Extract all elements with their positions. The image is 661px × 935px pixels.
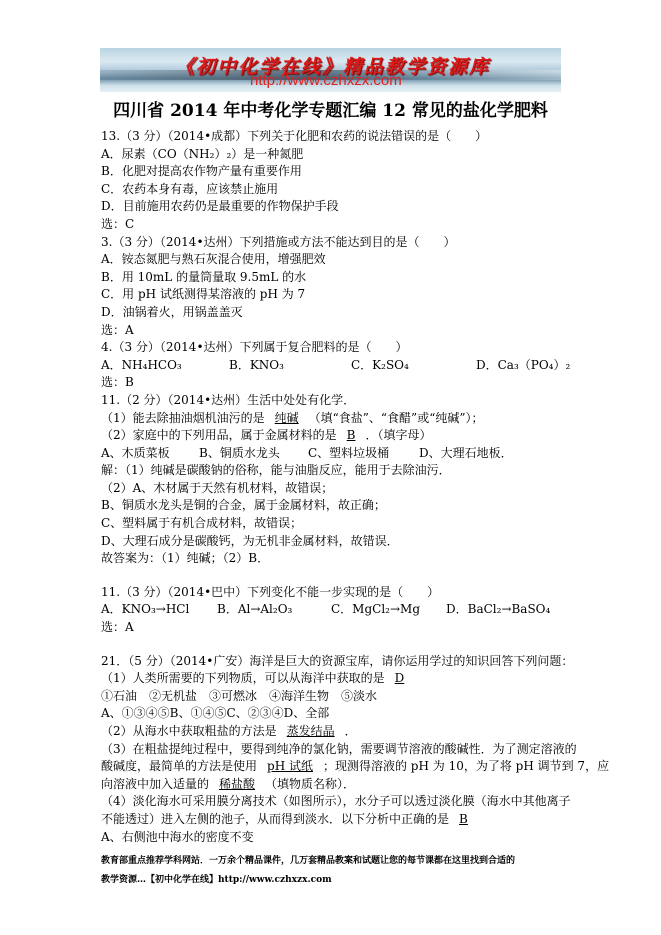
sub-question-2: （2）家庭中的下列用品，属于金属材料的是B．（填字母） xyxy=(101,427,571,445)
option-a: A、木质菜板 xyxy=(101,445,199,463)
answer: 选：B xyxy=(101,374,571,392)
question-stem: 13.（3 分）（2014•成都）下列关于化肥和农药的说法错误的是（ ） xyxy=(101,128,571,146)
site-banner[interactable]: 《初中化学在线》精品教学资源库 http://www.czhxzx.com xyxy=(100,48,561,92)
sub-question-2: （2）从海水中获取粗盐的方法是蒸发结晶． xyxy=(101,723,571,741)
option-b: B．KNO₃ xyxy=(229,357,351,375)
question-block: 3.（3 分）（2014•达州）下列措施或方法不能达到目的是（ ） A．铵态氮肥… xyxy=(101,234,571,340)
question-stem: 3.（3 分）（2014•达州）下列措施或方法不能达到目的是（ ） xyxy=(101,234,571,252)
footer-line-1: 教育部重点推荐学科网站．一万余个精品课件，几万套精品教案和试题让您的每节课都在这… xyxy=(101,852,571,871)
document-title: 四川省 2014 年中考化学专题汇编 12 常见的盐化学肥料 xyxy=(0,96,661,121)
solution-line: （2）A、木材属于天然有机材料，故错误； xyxy=(101,480,571,498)
spacer xyxy=(101,568,571,584)
question-stem: 11.（2 分）（2014•达州）生活中处处有化学． xyxy=(101,392,571,410)
option-d: D．油锅着火，用锅盖盖灭 xyxy=(101,304,571,322)
option-b: B．用 10mL 的量筒量取 9.5mL 的水 xyxy=(101,269,571,287)
sub-question-1: （1）能去除抽油烟机油污的是纯碱（填“食盐”、“食醋”或“纯碱”）； xyxy=(101,410,571,428)
solution-line: C、塑料属于有机合成材料，故错误； xyxy=(101,515,571,533)
option-c: C、塑料垃圾桶 xyxy=(308,445,419,463)
options-row: A、木质菜板 B、铜质水龙头 C、塑料垃圾桶 D、大理石地板． xyxy=(101,445,571,463)
option-a: A．KNO₃→HCl xyxy=(101,601,217,619)
option-c: C．MgCl₂→Mg xyxy=(331,601,446,619)
footer-line-2[interactable]: 教学资源…【初中化学在线】http://www.czhxzx.com xyxy=(101,871,571,890)
sub-question-3-line-1: （3）在粗盐提纯过程中，要得到纯净的氯化钠，需要调节溶液的酸碱性．为了测定溶液的 xyxy=(101,741,571,759)
answer-blank: 稀盐酸 xyxy=(209,777,265,791)
option-b: B．化肥对提高农作物产量有重要作用 xyxy=(101,163,571,181)
solution-line: D、大理石成分是碳酸钙，为无机非金属材料，故错误． xyxy=(101,533,571,551)
sub-question-hint: （填物质名称）． xyxy=(265,777,355,791)
option-a: A．铵态氮肥与熟石灰混合使用，增强肥效 xyxy=(101,251,571,269)
options-row: A．NH₄HCO₃ B．KNO₃ C．K₂SO₄ D．Ca₃（PO₄）₂ xyxy=(101,357,571,375)
sub-question-text: 向溶液中加入适量的 xyxy=(101,777,209,791)
option-c: C．K₂SO₄ xyxy=(351,357,476,375)
question-stem: 21．（5 分）（2014•广安）海洋是巨大的资源宝库，请你运用学过的知识回答下… xyxy=(101,653,571,671)
sub-question-4-line-2: 不能透过）进入左侧的池子，从而得到淡水．以下分析中正确的是B xyxy=(101,811,571,829)
solution-line: 故答案为：（1）纯碱；（2）B． xyxy=(101,550,571,568)
option-c: C．农药本身有毒，应该禁止施用 xyxy=(101,181,571,199)
sub-question-text: （2）从海水中获取粗盐的方法是 xyxy=(101,724,277,738)
document-page: 《初中化学在线》精品教学资源库 http://www.czhxzx.com 四川… xyxy=(0,0,661,935)
option-c: C．用 pH 试纸测得某溶液的 pH 为 7 xyxy=(101,286,571,304)
answer-blank: D xyxy=(385,671,415,685)
sub-question-text: 不能透过）进入左侧的池子，从而得到淡水．以下分析中正确的是 xyxy=(101,812,449,826)
sub-question-4-line-1: （4）淡化海水可采用膜分离技术（如图所示），水分子可以透过淡化膜（海水中其他离子 xyxy=(101,793,571,811)
sub-question-3-line-3: 向溶液中加入适量的稀盐酸（填物质名称）． xyxy=(101,776,571,794)
answer-blank: 纯碱 xyxy=(265,411,309,425)
sub-question-hint: ．（填字母） xyxy=(365,428,431,442)
sub-question-text: 酸碱度，最简单的方法是使用 xyxy=(101,759,257,773)
option-a: A、右侧池中海水的密度不变 xyxy=(101,829,571,847)
sub-question-1: （1）人类所需要的下列物质，可以从海洋中获取的是D xyxy=(101,670,571,688)
sub-question-3-line-2: 酸碱度，最简单的方法是使用pH 试纸；现测得溶液的 pH 为 10，为了将 pH… xyxy=(101,758,571,776)
question-block: 11.（2 分）（2014•达州）生活中处处有化学． （1）能去除抽油烟机油污的… xyxy=(101,392,571,568)
question-stem: 11.（3 分）（2014•巴中）下列变化不能一步实现的是（ ） xyxy=(101,584,571,602)
spacer xyxy=(101,637,571,653)
question-block: 21．（5 分）（2014•广安）海洋是巨大的资源宝库，请你运用学过的知识回答下… xyxy=(101,653,571,847)
answer-blank: B xyxy=(449,812,478,826)
page-footer: 教育部重点推荐学科网站．一万余个精品课件，几万套精品教案和试题让您的每节课都在这… xyxy=(101,852,571,890)
banner-url-link[interactable]: http://www.czhxzx.com xyxy=(250,72,402,89)
options-row: A．KNO₃→HCl B．Al→Al₂O₃ C．MgCl₂→Mg D．BaCl₂… xyxy=(101,601,571,619)
question-stem: 4.（3 分）（2014•达州）下列属于复合肥料的是（ ） xyxy=(101,339,571,357)
question-block: 4.（3 分）（2014•达州）下列属于复合肥料的是（ ） A．NH₄HCO₃ … xyxy=(101,339,571,392)
sub-question-hint: ． xyxy=(345,724,357,738)
question-block: 13.（3 分）（2014•成都）下列关于化肥和农药的说法错误的是（ ） A．尿… xyxy=(101,128,571,234)
answer-blank: 蒸发结晶 xyxy=(277,724,345,738)
option-b: B、铜质水龙头 xyxy=(199,445,308,463)
answer-blank: B xyxy=(337,428,366,442)
choice-list: A、①③④⑤B、①④⑤C、②③④D、全部 xyxy=(101,705,571,723)
answer-blank: pH 试纸 xyxy=(257,759,323,773)
option-d: D．目前施用农药仍是最重要的作物保护手段 xyxy=(101,198,571,216)
answer: 选：A xyxy=(101,322,571,340)
sub-question-text: （2）家庭中的下列用品，属于金属材料的是 xyxy=(101,428,337,442)
solution-line: 解：（1）纯碱是碳酸钠的俗称，能与油脂反应，能用于去除油污． xyxy=(101,462,571,480)
option-a: A．尿素（CO（NH₂）₂）是一种氮肥 xyxy=(101,146,571,164)
answer: 选：C xyxy=(101,216,571,234)
option-b: B．Al→Al₂O₃ xyxy=(217,601,331,619)
option-a: A．NH₄HCO₃ xyxy=(101,357,229,375)
sub-question-hint: （填“食盐”、“食醋”或“纯碱”）； xyxy=(309,411,484,425)
document-body: 13.（3 分）（2014•成都）下列关于化肥和农药的说法错误的是（ ） A．尿… xyxy=(101,128,571,846)
item-list: ①石油 ②无机盐 ③可燃冰 ④海洋生物 ⑤淡水 xyxy=(101,688,571,706)
sub-question-text: （1）人类所需要的下列物质，可以从海洋中获取的是 xyxy=(101,671,385,685)
answer: 选：A xyxy=(101,619,571,637)
option-d: D、大理石地板． xyxy=(419,445,513,463)
question-block: 11.（3 分）（2014•巴中）下列变化不能一步实现的是（ ） A．KNO₃→… xyxy=(101,584,571,637)
sub-question-text: ；现测得溶液的 pH 为 10，为了将 pH 调节到 7，应 xyxy=(323,759,609,773)
sub-question-text: （1）能去除抽油烟机油污的是 xyxy=(101,411,265,425)
option-d: D．Ca₃（PO₄）₂ xyxy=(476,357,570,375)
option-d: D．BaCl₂→BaSO₄ xyxy=(446,601,550,619)
solution-line: B、铜质水龙头是铜的合金，属于金属材料，故正确； xyxy=(101,497,571,515)
